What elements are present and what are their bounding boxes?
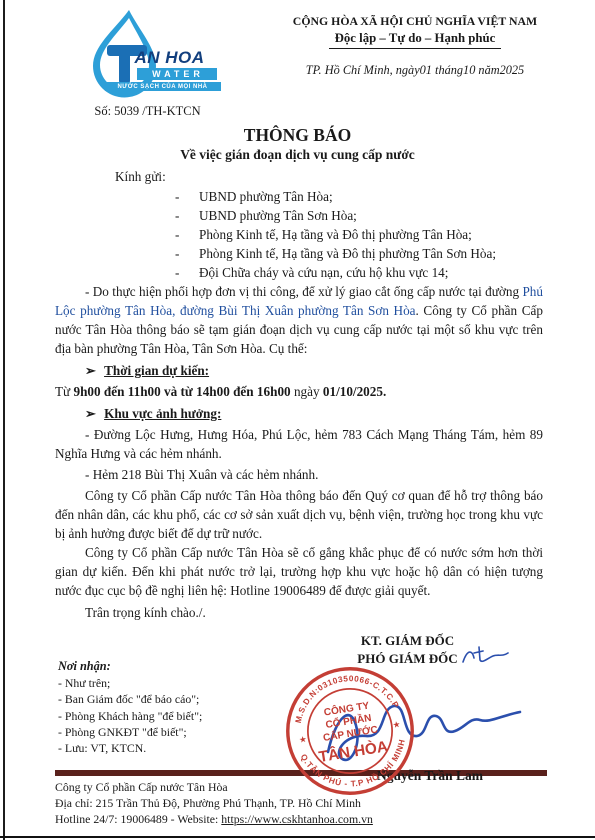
company-stamp: M.S.D.N:0310350066-C.T.C.P Q.TÂN PHÚ - T…: [283, 664, 417, 798]
document-body: Kính gửi: -UBND phường Tân Hòa; -UBND ph…: [55, 167, 543, 622]
header-left-column: AN HOA WATER NƯỚC SẠCH CỦA MỌI NHÀ Số: 5…: [30, 8, 265, 119]
closing-line: Trân trọng kính chào./.: [55, 603, 543, 622]
logo-tagline: NƯỚC SẠCH CỦA MỌI NHÀ: [105, 82, 221, 91]
recipient-item: -UBND phường Tân Hòa;: [175, 187, 543, 206]
noi-nhan-item: - Lưu: VT, KTCN.: [58, 740, 202, 756]
arrow-bullet-icon: ➢: [85, 406, 96, 421]
time-range: 9h00 đến 11h00 và từ 14h00 đến 16h00: [74, 384, 291, 399]
affected-area-line: - Hẻm 218 Bùi Thị Xuân và các hẻm nhánh.: [55, 465, 543, 484]
notice-paragraph-2: Công ty Cổ phần Cấp nước Tân Hòa sẽ cố g…: [55, 543, 543, 600]
noi-nhan-block: Nơi nhận: - Như trên; - Ban Giám đốc "để…: [58, 658, 202, 756]
recipient-text: Phòng Kinh tế, Hạ tầng và Đô thị phường …: [199, 244, 496, 263]
recipient-item: -Phòng Kinh tế, Hạ tầng và Đô thị phường…: [175, 244, 543, 263]
footer-address: Địa chỉ: 215 Trần Thủ Độ, Phường Phú Thạ…: [55, 796, 547, 812]
noi-nhan-item: - Như trên;: [58, 675, 202, 691]
recipient-item: -Đội Chữa cháy và cứu nạn, cứu hộ khu vự…: [175, 263, 543, 282]
noi-nhan-item: - Ban Giám đốc "để báo cáo";: [58, 691, 202, 707]
logo-company-name: AN HOA: [135, 48, 205, 68]
noi-nhan-label: Nơi nhận:: [58, 658, 202, 675]
recipient-text: Phòng Kinh tế, Hạ tầng và Đô thị phường …: [199, 225, 472, 244]
document-title: THÔNG BÁO: [0, 125, 595, 146]
handwritten-initial-mark: [460, 644, 512, 668]
national-motto: Độc lập – Tự do – Hạnh phúc: [329, 31, 502, 49]
recipients-list: -UBND phường Tân Hòa; -UBND phường Tân S…: [55, 187, 543, 282]
stamp-star-right: ★: [392, 719, 401, 730]
logo-water-label: WATER: [137, 68, 217, 80]
company-logo: AN HOA WATER NƯỚC SẠCH CỦA MỌI NHÀ: [73, 8, 223, 96]
arrow-bullet-icon: ➢: [85, 363, 96, 378]
title-block: THÔNG BÁO Về việc gián đoạn dịch vụ cung…: [0, 125, 595, 163]
document-number: Số: 5039 /TH-KTCN: [30, 104, 265, 119]
footer-contact: Hotline 24/7: 19006489 - Website: https:…: [55, 812, 547, 828]
recipient-item: -UBND phường Tân Sơn Hòa;: [175, 206, 543, 225]
recipient-text: Đội Chữa cháy và cứu nạn, cứu hộ khu vực…: [199, 263, 448, 282]
notice-document-page: AN HOA WATER NƯỚC SẠCH CỦA MỌI NHÀ Số: 5…: [0, 0, 595, 840]
national-title: CỘNG HÒA XÃ HỘI CHỦ NGHĨA VIỆT NAM: [265, 14, 565, 29]
noi-nhan-item: - Phòng Khách hàng "để biết";: [58, 708, 202, 724]
affected-area-line: - Đường Lộc Hưng, Hưng Hóa, Phú Lộc, hẻm…: [55, 425, 543, 463]
header-right-column: CỘNG HÒA XÃ HỘI CHỦ NGHĨA VIỆT NAM Độc l…: [265, 8, 565, 119]
page-bottom-border: [0, 836, 595, 838]
document-subtitle: Về việc gián đoạn dịch vụ cung cấp nước: [0, 147, 595, 163]
section-heading-time: ➢Thời gian dự kiến:: [85, 361, 543, 380]
recipient-text: UBND phường Tân Hòa;: [199, 187, 333, 206]
stamp-star-left: ★: [298, 734, 307, 745]
noi-nhan-item: - Phòng GNKĐT "để biết";: [58, 724, 202, 740]
website-link[interactable]: https://www.cskhtanhoa.com.vn: [221, 812, 373, 826]
recipient-item: -Phòng Kinh tế, Hạ tầng và Đô thị phường…: [175, 225, 543, 244]
notice-paragraph-1: Công ty Cổ phần Cấp nước Tân Hòa thông b…: [55, 486, 543, 543]
recipient-text: UBND phường Tân Sơn Hòa;: [199, 206, 357, 225]
date-line: TP. Hồ Chí Minh, ngày01 tháng10 năm2025: [265, 63, 565, 78]
intro-paragraph: - Do thực hiện phối hợp đơn vị thi công,…: [55, 282, 543, 358]
document-header: AN HOA WATER NƯỚC SẠCH CỦA MỌI NHÀ Số: 5…: [0, 0, 595, 119]
greeting-label: Kính gửi:: [115, 167, 543, 186]
time-detail-line: Từ 9h00 đến 11h00 và từ 14h00 đến 16h00 …: [55, 382, 543, 401]
date-value: 01/10/2025.: [323, 384, 386, 399]
section-heading-area: ➢Khu vực ảnh hưởng:: [85, 404, 543, 423]
